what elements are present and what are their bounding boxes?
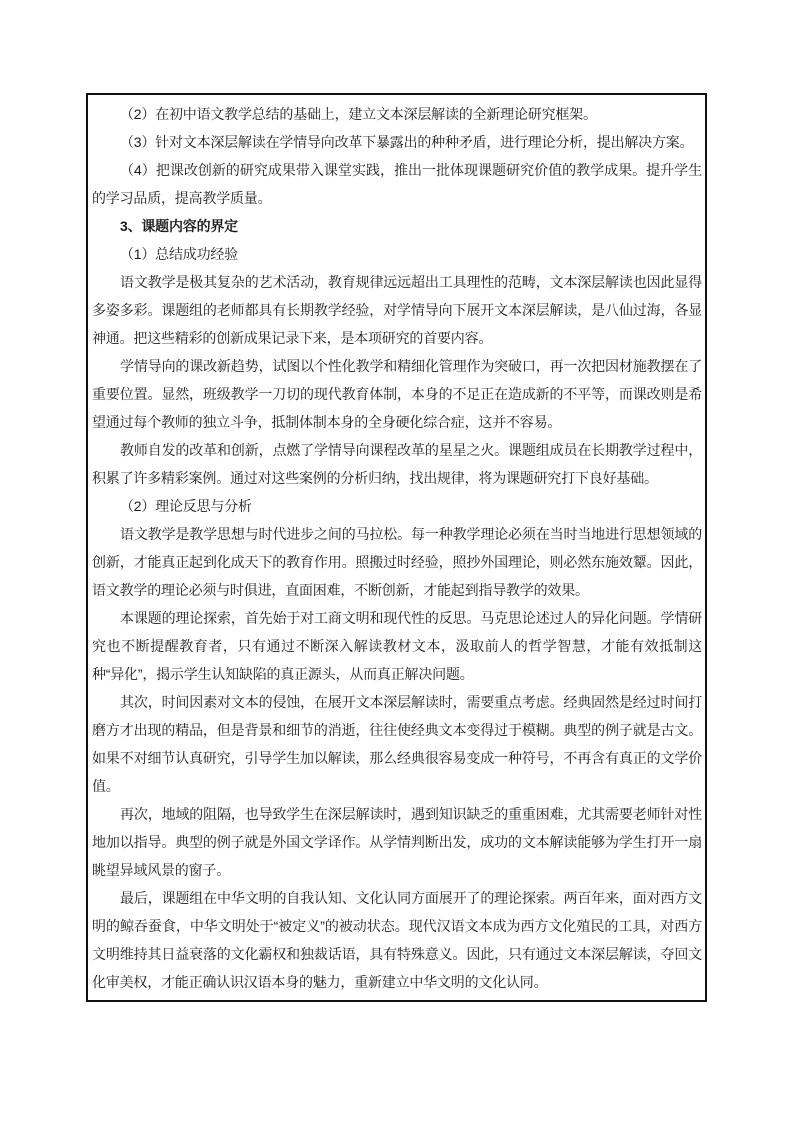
subsection-2-heading: （2）理论反思与分析 <box>92 492 702 520</box>
paragraph-theory-5: 最后，课题组在中华文明的自我认知、文化认同方面展开了的理论探索。两百年来，面对西… <box>92 884 702 996</box>
section-3-heading: 3、课题内容的界定 <box>92 212 702 240</box>
goal-item-3: （3）针对文本深层解读在学情导向改革下暴露出的种种矛盾，进行理论分析，提出解决方… <box>92 128 702 156</box>
paragraph-theory-3: 其次，时间因素对文本的侵蚀，在展开文本深层解读时，需要重点考虑。经典固然是经过时… <box>92 688 702 800</box>
subsection-1-heading: （1）总结成功经验 <box>92 240 702 268</box>
paragraph-theory-4: 再次，地域的阻隔，也导致学生在深层解读时，遇到知识缺乏的重重困难，尤其需要老师针… <box>92 800 702 884</box>
goal-item-2: （2）在初中语文教学总结的基础上，建立文本深层解读的全新理论研究框架。 <box>92 100 702 128</box>
paragraph-theory-1: 语文教学是教学思想与时代进步之间的马拉松。每一种教学理论必须在当时当地进行思想领… <box>92 520 702 604</box>
paragraph-success-experience-2: 学情导向的课改新趋势，试图以个性化教学和精细化管理作为突破口，再一次把因材施教摆… <box>92 352 702 436</box>
paragraph-success-experience-3: 教师自发的改革和创新，点燃了学情导向课程改革的星星之火。课题组成员在长期教学过程… <box>92 436 702 492</box>
paragraph-summary: 总之，以上四个方面的理论分析，构成了本课题的理论框架。 <box>92 996 702 1002</box>
goal-item-4: （4）把课改创新的研究成果带入课堂实践，推出一批体现课题研究价值的教学成果。提升… <box>92 156 702 212</box>
document-page: （2）在初中语文教学总结的基础上，建立文本深层解读的全新理论研究框架。 （3）针… <box>0 0 794 1123</box>
paragraph-theory-2: 本课题的理论探索，首先始于对工商文明和现代性的反思。马克思论述过人的异化问题。学… <box>92 604 702 688</box>
paragraph-success-experience-1: 语文教学是极其复杂的艺术活动，教育规律远远超出工具理性的范畴，文本深层解读也因此… <box>92 268 702 352</box>
content-table-cell: （2）在初中语文教学总结的基础上，建立文本深层解读的全新理论研究框架。 （3）针… <box>86 93 707 1002</box>
